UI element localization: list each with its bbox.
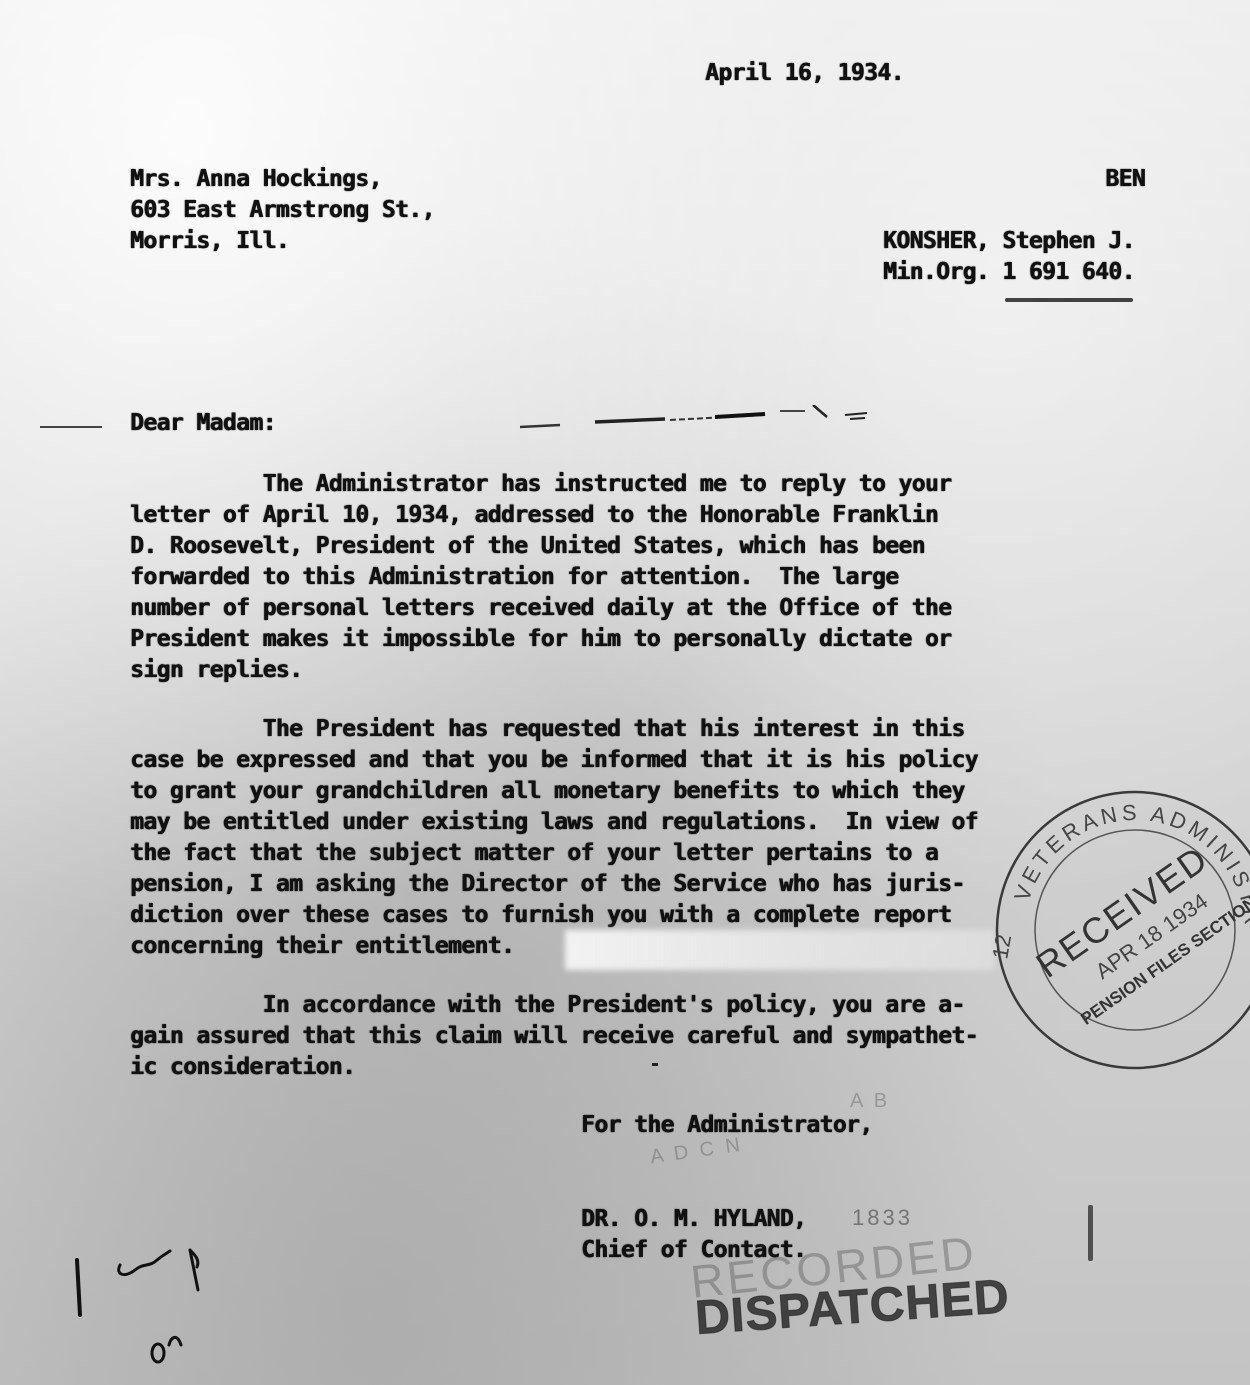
salutation: Dear Madam: — [130, 408, 276, 439]
p1-line: number of personal letters received dail… — [130, 595, 951, 621]
p1-line: The Administrator has instructed me to r… — [130, 471, 951, 497]
margin-dash — [40, 426, 102, 428]
recipient-street: 603 East Armstrong St., — [130, 197, 435, 223]
p1-line: letter of April 10, 1934, addressed to t… — [130, 502, 938, 528]
ink-scribble — [515, 405, 875, 435]
p2-line: may be entitled under existing laws and … — [130, 809, 978, 835]
p2-line: diction over these cases to furnish you … — [130, 902, 951, 928]
recipient-address: Mrs. Anna Hockings, 603 East Armstrong S… — [130, 164, 435, 257]
p3-line: In accordance with the President's polic… — [130, 992, 965, 1018]
p2-line: the fact that the subject matter of your… — [130, 840, 938, 866]
reference-code: BEN — [1105, 164, 1145, 195]
p1-line: sign replies. — [130, 657, 302, 683]
signer-name: DR. O. M. HYLAND, — [581, 1206, 806, 1232]
letter-page: April 16, 1934. Mrs. Anna Hockings, 603 … — [0, 0, 1250, 1385]
p3-line: ic consideration. — [130, 1054, 355, 1080]
paragraph-3: In accordance with the President's polic… — [130, 990, 1110, 1083]
letter-date: April 16, 1934. — [705, 58, 904, 89]
p3-line: gain assured that this claim will receiv… — [130, 1023, 978, 1049]
signature-number: 1833 — [852, 1205, 913, 1231]
recipient-name: Mrs. Anna Hockings, — [130, 166, 382, 192]
case-reference: KONSHER, Stephen J. Min.Org. 1 691 640. — [883, 226, 1135, 288]
faded-area — [565, 930, 995, 970]
p2-line: concerning their entitlement. — [130, 933, 514, 959]
case-number: Min.Org. 1 691 640. — [883, 259, 1135, 285]
p2-line: to grant your grandchildren all monetary… — [130, 778, 965, 804]
received-stamp: VETERANS ADMINISTRATION RECEIVED APR 18 … — [985, 780, 1250, 1080]
paragraph-1: The Administrator has instructed me to r… — [130, 469, 1110, 686]
p2-line: pension, I am asking the Director of the… — [130, 871, 965, 897]
received-stamp-seal-icon: VETERANS ADMINISTRATION RECEIVED APR 18 … — [985, 780, 1250, 1080]
handwritten-notes — [65, 1245, 215, 1365]
paragraph-2: The President has requested that his int… — [130, 714, 1110, 962]
p1-line: President makes it impossible for him to… — [130, 626, 951, 652]
faint-stamp-text: A B — [850, 1090, 890, 1113]
case-name: KONSHER, Stephen J. — [883, 228, 1135, 254]
reference-underline — [1005, 298, 1133, 302]
p1-line: forwarded to this Administration for att… — [130, 564, 898, 590]
ink-mark — [1088, 1205, 1093, 1261]
p1-line: D. Roosevelt, President of the United St… — [130, 533, 925, 559]
p2-line: The President has requested that his int… — [130, 716, 965, 742]
recipient-city: Morris, Ill. — [130, 228, 289, 254]
received-number: 12 — [987, 932, 1016, 960]
stray-mark — [652, 1063, 658, 1066]
p2-line: case be expressed and that you be inform… — [130, 747, 978, 773]
